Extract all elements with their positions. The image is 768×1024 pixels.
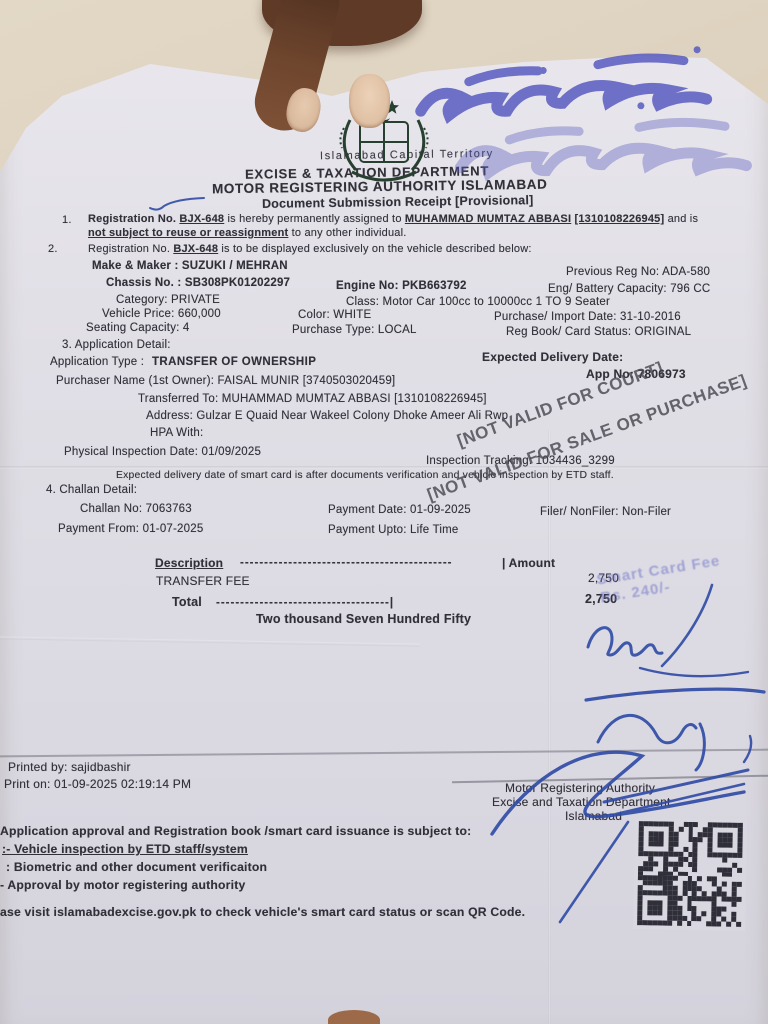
qr-code (633, 817, 747, 931)
clause1-owner: MUHAMMAD MUMTAZ ABBASI (405, 213, 571, 225)
visit-website-note: ase visit islamabadexcise.gov.pk to chec… (0, 905, 525, 919)
field-purchase-type: Purchase Type: LOCAL (292, 324, 417, 336)
fee-desc-header: Description (155, 556, 223, 570)
field-class: Class: Motor Car 100cc to 10000cc 1 TO 9… (346, 296, 610, 308)
clause1-reg-no: BJX-648 (179, 213, 224, 225)
application-type-value: TRANSFER OF OWNERSHIP (152, 356, 316, 368)
clause1-tail: to any other individual. (288, 227, 406, 239)
hand (262, 0, 422, 46)
field-battery: Eng/ Battery Capacity: 796 CC (548, 283, 710, 295)
fee-row-desc: TRANSFER FEE (156, 574, 250, 588)
note-biometric: : Biometric and other document verificai… (6, 860, 267, 874)
challan-payment-date: Payment Date: 01-09-2025 (328, 504, 471, 516)
delivery-note: Expected delivery date of smart card is … (116, 470, 614, 481)
clause1-cnic: [1310108226945] (574, 213, 664, 225)
paper-crease (548, 430, 551, 1024)
purchaser-name: Purchaser Name (1st Owner): FAISAL MUNIR… (56, 375, 395, 387)
paper-crease (0, 636, 420, 646)
authority-line1: Motor Registering Authority (505, 781, 655, 795)
field-seating: Seating Capacity: 4 (86, 322, 190, 334)
challan-heading: 4. Challan Detail: (46, 484, 137, 496)
clause2-pre: Registration No. (88, 243, 173, 255)
fee-total-label: Total (172, 595, 202, 609)
paper-crease (0, 466, 768, 469)
field-price: Vehicle Price: 660,000 (102, 308, 221, 320)
receipt-title: Document Submission Receipt [Provisional… (262, 193, 534, 211)
clause2-tail: is to be displayed exclusively on the ve… (218, 243, 531, 255)
fee-amount-in-words: Two thousand Seven Hundred Fifty (256, 612, 471, 626)
application-heading: 3. Application Detail: (62, 339, 171, 351)
clause2-number: 2. (48, 243, 58, 255)
field-make: Make & Maker : SUZUKI / MEHRAN (92, 260, 288, 272)
authority-line2: Excise and Taxation Department (492, 795, 671, 809)
field-purchase-date: Purchase/ Import Date: 31-10-2016 (494, 311, 681, 323)
field-engine: Engine No: PKB663792 (336, 280, 467, 292)
note-approval: - Approval by motor registering authorit… (0, 878, 245, 892)
field-chassis: Chassis No. : SB308PK01202297 (106, 277, 290, 289)
fee-header-dashes: ----------------------------------------… (240, 557, 453, 569)
field-reg-book: Reg Book/ Card Status: ORIGINAL (506, 326, 691, 338)
notes-heading: Application approval and Registration bo… (0, 824, 471, 838)
clause1-emph: not subject to reuse or reassignment (88, 227, 288, 239)
clause1-number: 1. (62, 214, 72, 226)
clause1-mid2: and is (664, 213, 698, 225)
transferred-to: Transferred To: MUHAMMAD MUMTAZ ABBASI [… (138, 393, 487, 405)
territory-label: Islamabad Capital Territory (320, 148, 494, 162)
challan-payment-upto: Payment Upto: Life Time (328, 524, 459, 536)
fee-amount-header: | Amount (502, 556, 555, 570)
expected-delivery-label: Expected Delivery Date: (482, 350, 623, 364)
clause1-reg-label: Registration No. (88, 213, 179, 225)
application-type-label: Application Type : (50, 356, 144, 368)
authority-line3: Islamabad (565, 809, 622, 823)
clause1-mid: is hereby permanently assigned to (224, 213, 405, 225)
photo-of-document: Islamabad Capital Territory EXCISE & TAX… (0, 0, 768, 1024)
field-prev-reg: Previous Reg No: ADA-580 (566, 266, 710, 278)
note-vehicle-inspection: :- Vehicle inspection by ETD staff/syste… (2, 842, 248, 856)
challan-no: Challan No: 7063763 (80, 503, 192, 515)
printed-by: Printed by: sajidbashir (8, 760, 131, 774)
physical-inspection-date: Physical Inspection Date: 01/09/2025 (64, 446, 261, 458)
clause2-reg-no: BJX-648 (173, 243, 218, 255)
fee-total-dashes: ------------------------------------| (216, 597, 394, 609)
receipt-paper: Islamabad Capital Territory EXCISE & TAX… (0, 0, 768, 1024)
hpa-with: HPA With: (150, 427, 203, 439)
print-on: Print on: 01-09-2025 02:19:14 PM (4, 777, 191, 791)
address: Address: Gulzar E Quaid Near Wakeel Colo… (146, 410, 508, 422)
challan-payment-from: Payment From: 01-07-2025 (58, 523, 203, 535)
field-category: Category: PRIVATE (116, 294, 220, 306)
field-color: Color: WHITE (298, 309, 371, 321)
challan-filer: Filer/ NonFiler: Non-Filer (540, 506, 671, 518)
footer-rule (0, 749, 768, 758)
